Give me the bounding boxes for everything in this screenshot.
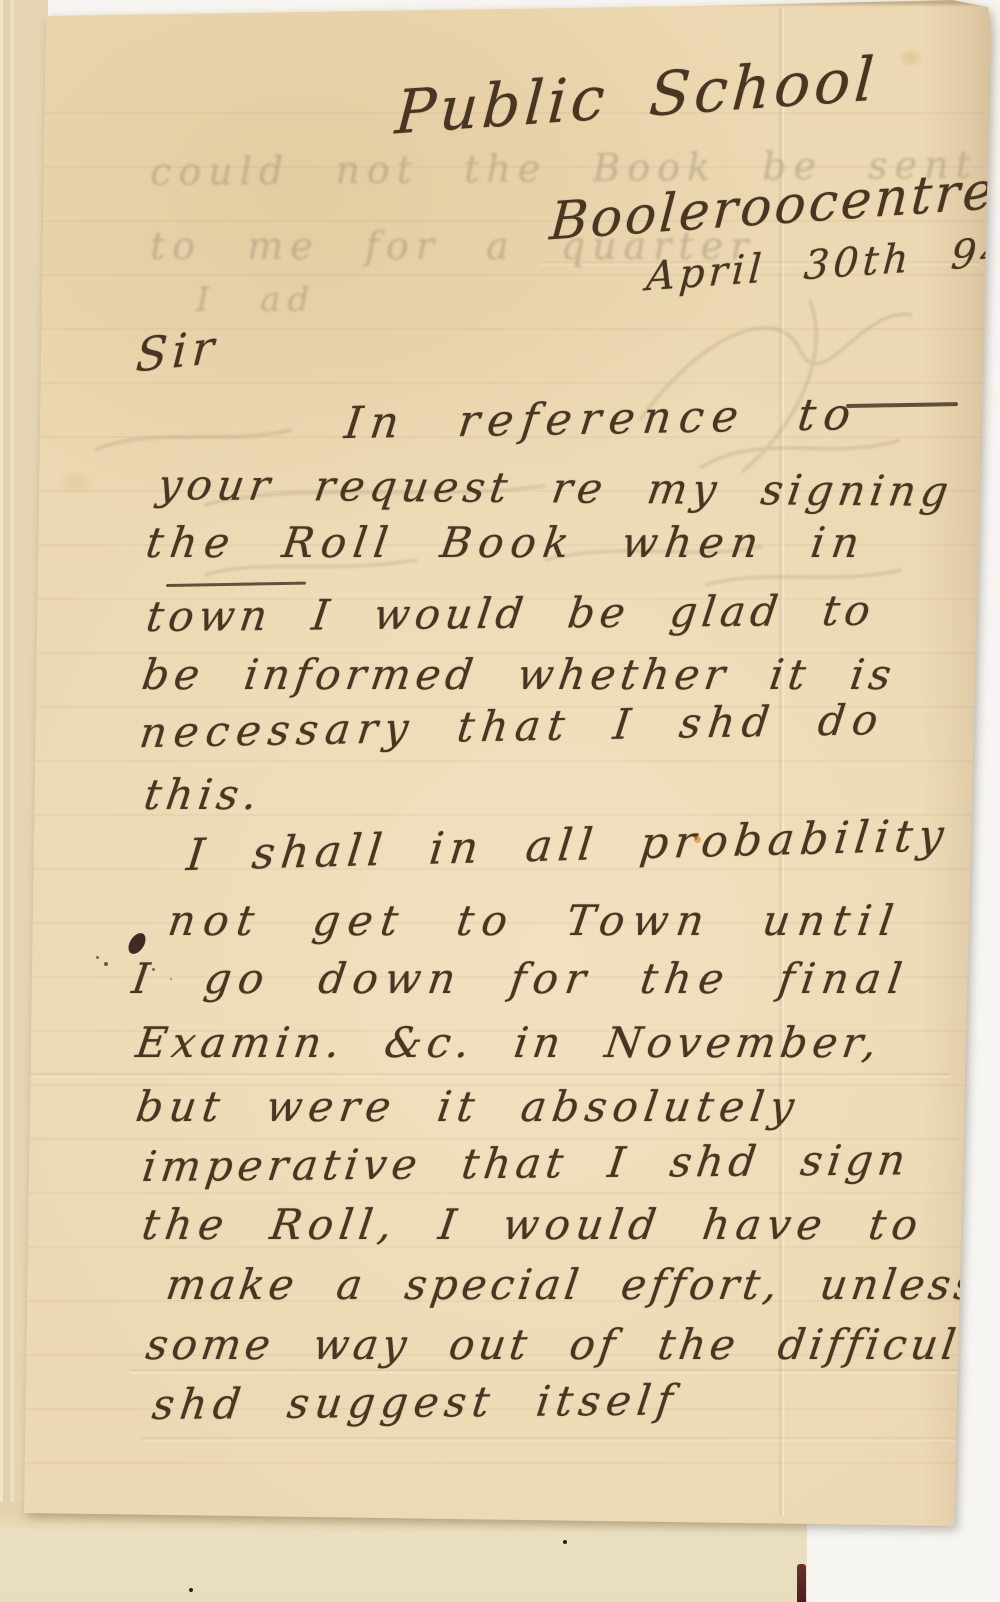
letter-line: necessary that I shd do xyxy=(137,695,888,757)
stain xyxy=(56,470,96,496)
letter-line: I go down for the final xyxy=(129,954,912,1003)
ink-speck xyxy=(104,962,108,966)
letter-line: this. xyxy=(141,770,265,819)
letter-line: but were it absolutely xyxy=(133,1082,803,1131)
ink-speck xyxy=(96,956,99,959)
letter-line: make a special effort, unless xyxy=(163,1260,983,1309)
town-overline xyxy=(166,582,306,587)
letter-line: Examin. &c. in November, xyxy=(133,1018,885,1067)
horizontal-fold-crease xyxy=(30,1072,950,1078)
letter-paper: could not the Book be sent to me for a q… xyxy=(0,0,1000,1602)
scanned-letter: could not the Book be sent to me for a q… xyxy=(0,0,1000,1602)
letter-page: could not the Book be sent to me for a q… xyxy=(0,0,1000,1602)
letter-line: your request re my signing xyxy=(155,460,957,516)
bleed-through-text: I ad xyxy=(196,280,316,320)
letter-line: imperative that I shd sign xyxy=(140,1135,914,1191)
letter-line: town I would be glad to xyxy=(144,586,879,641)
horizontal-fold-crease xyxy=(140,1436,960,1442)
emphasis-dash xyxy=(846,402,958,408)
letterhead-school: Public School xyxy=(393,44,880,148)
letter-line: the Roll, I would have to xyxy=(139,1200,927,1249)
salutation: Sir xyxy=(134,319,221,382)
ink-speck xyxy=(152,968,155,971)
letter-line: be informed whether it is xyxy=(139,650,899,699)
letter-line: some way out of the difficulty xyxy=(143,1320,1000,1369)
ink-speck xyxy=(170,978,172,980)
stain xyxy=(898,48,924,68)
letter-line: In reference to xyxy=(342,389,862,449)
letter-line: not get to Town until xyxy=(165,896,904,945)
letter-line: shd suggest itself xyxy=(150,1375,682,1429)
ink-blot xyxy=(125,930,149,957)
letter-line: I shall in all probability xyxy=(184,810,952,881)
letter-line: the Roll Book when in xyxy=(143,518,869,567)
